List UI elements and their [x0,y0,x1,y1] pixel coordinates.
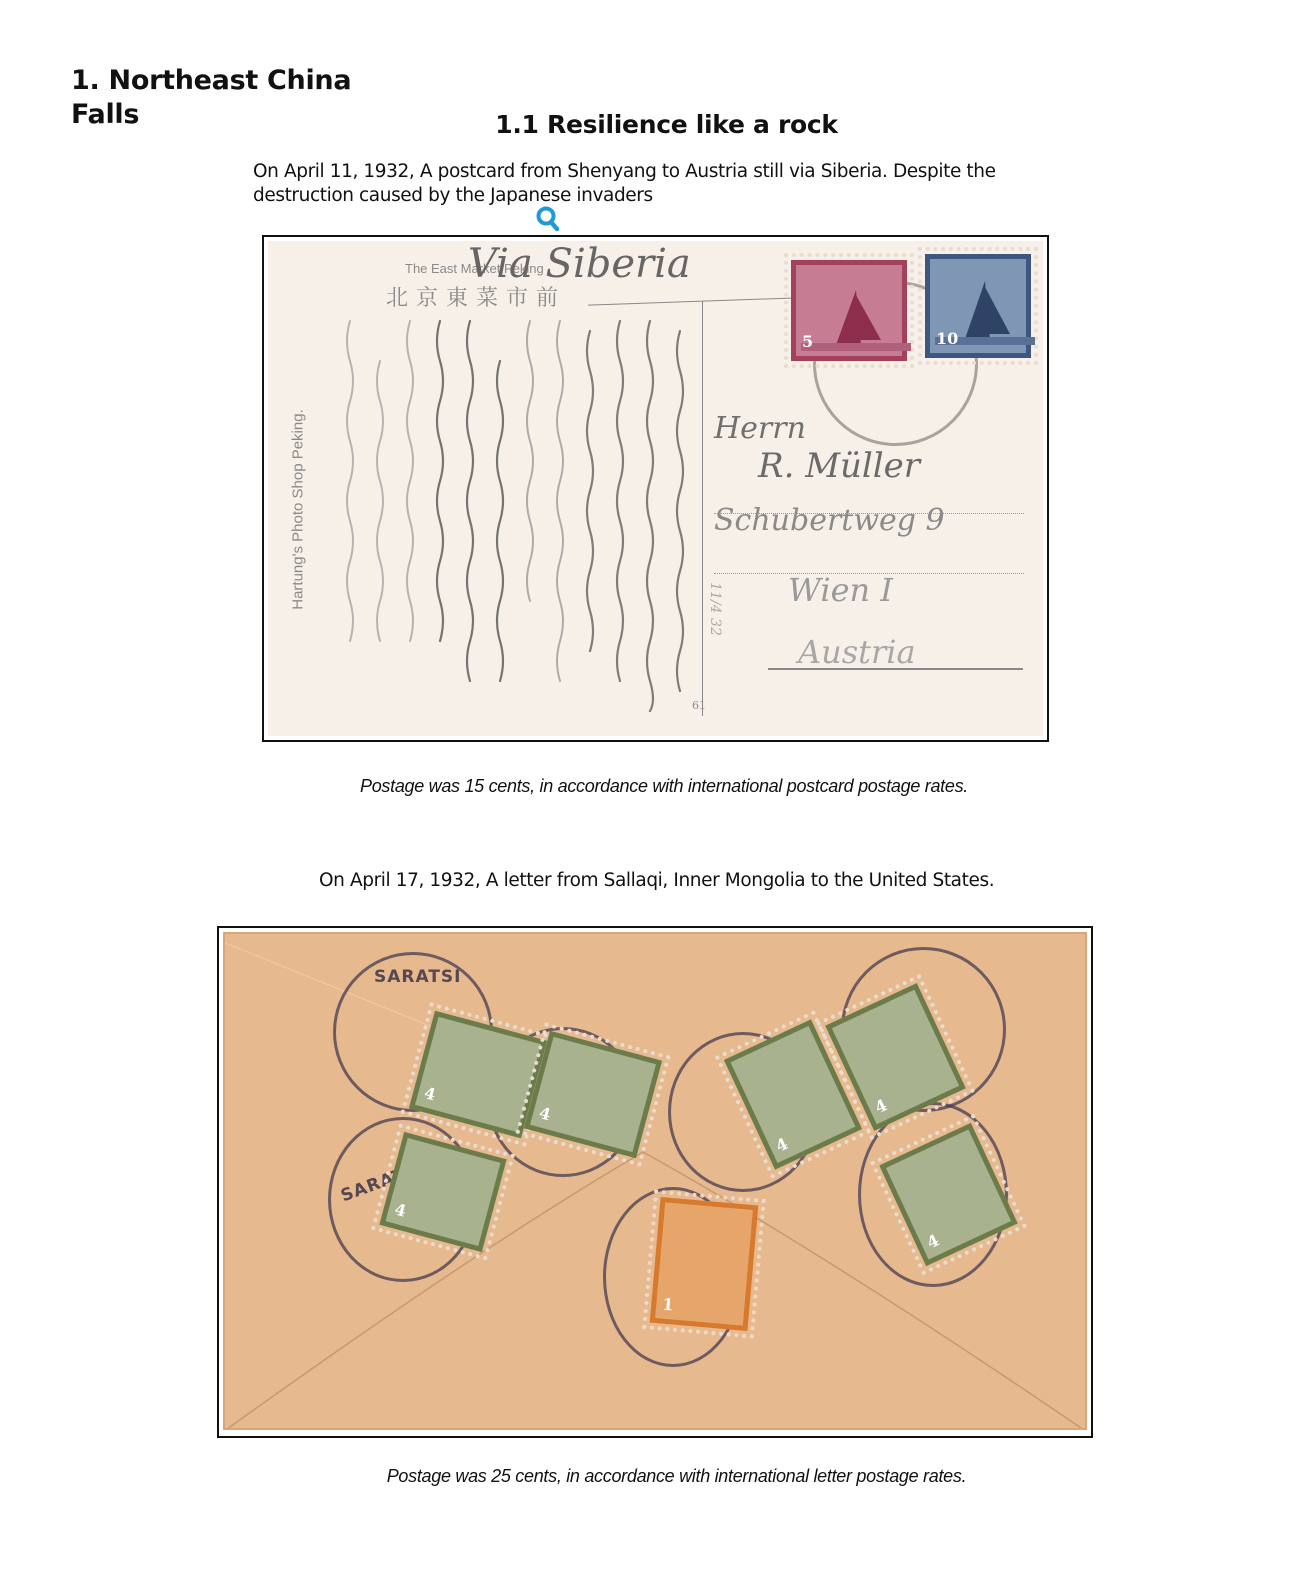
stamp-1-cent: 1 [642,1189,766,1338]
route-note: Via Siberia [468,241,691,287]
stamp-value: 4 [422,1083,438,1104]
address-rule [714,513,1024,514]
letter-image[interactable]: SARATSI SARATSI 4 4 4 4 4 4 1 [223,932,1087,1430]
postcard-caption: Postage was 15 cents, in accordance with… [0,776,1303,797]
address-line-5: Austria [798,633,916,671]
postcard-image[interactable]: The East Market Peking 北京東菜市前 Hartung's … [268,241,1043,736]
stamp-value: 4 [924,1231,942,1253]
message-date: 11/4 32 [707,582,723,636]
stamp-value: 1 [662,1295,675,1315]
stamp-value: 4 [393,1199,409,1220]
postcard-printed-number: 61 [692,699,706,712]
subsection-title: 1.1 Resilience like a rock [0,110,1303,139]
address-rule [714,573,1024,574]
stamp-value: 10 [936,329,958,348]
section-title-line1: 1. Northeast China [71,64,371,98]
stamp-10-cents: 10 [918,247,1038,365]
stamp-value: 4 [537,1103,553,1124]
letter-caption: Postage was 25 cents, in accordance with… [0,1466,1303,1487]
postmark-text: SARATSI [374,967,462,987]
postcard-description: On April 11, 1932, A postcard from Sheny… [253,160,1073,208]
stamp-value: 5 [802,332,813,351]
address-line-2: R. Müller [758,446,920,486]
stamp-5-cents: 5 [784,253,914,368]
stamp-value: 4 [773,1134,791,1156]
address-line-1: Herrn [714,411,806,446]
letter-description: On April 17, 1932, A letter from Sallaqi… [319,870,994,891]
zoom-magnifier-icon[interactable] [532,204,562,234]
postcard-divider [702,301,703,716]
postcard-printed-side: Hartung's Photo Shop Peking. [290,390,307,630]
address-rule [768,668,1023,670]
handwritten-message [308,301,688,731]
address-line-3: Schubertweg 9 [714,503,945,538]
stamp-value: 4 [872,1095,890,1117]
address-line-4: Wien I [788,571,893,609]
